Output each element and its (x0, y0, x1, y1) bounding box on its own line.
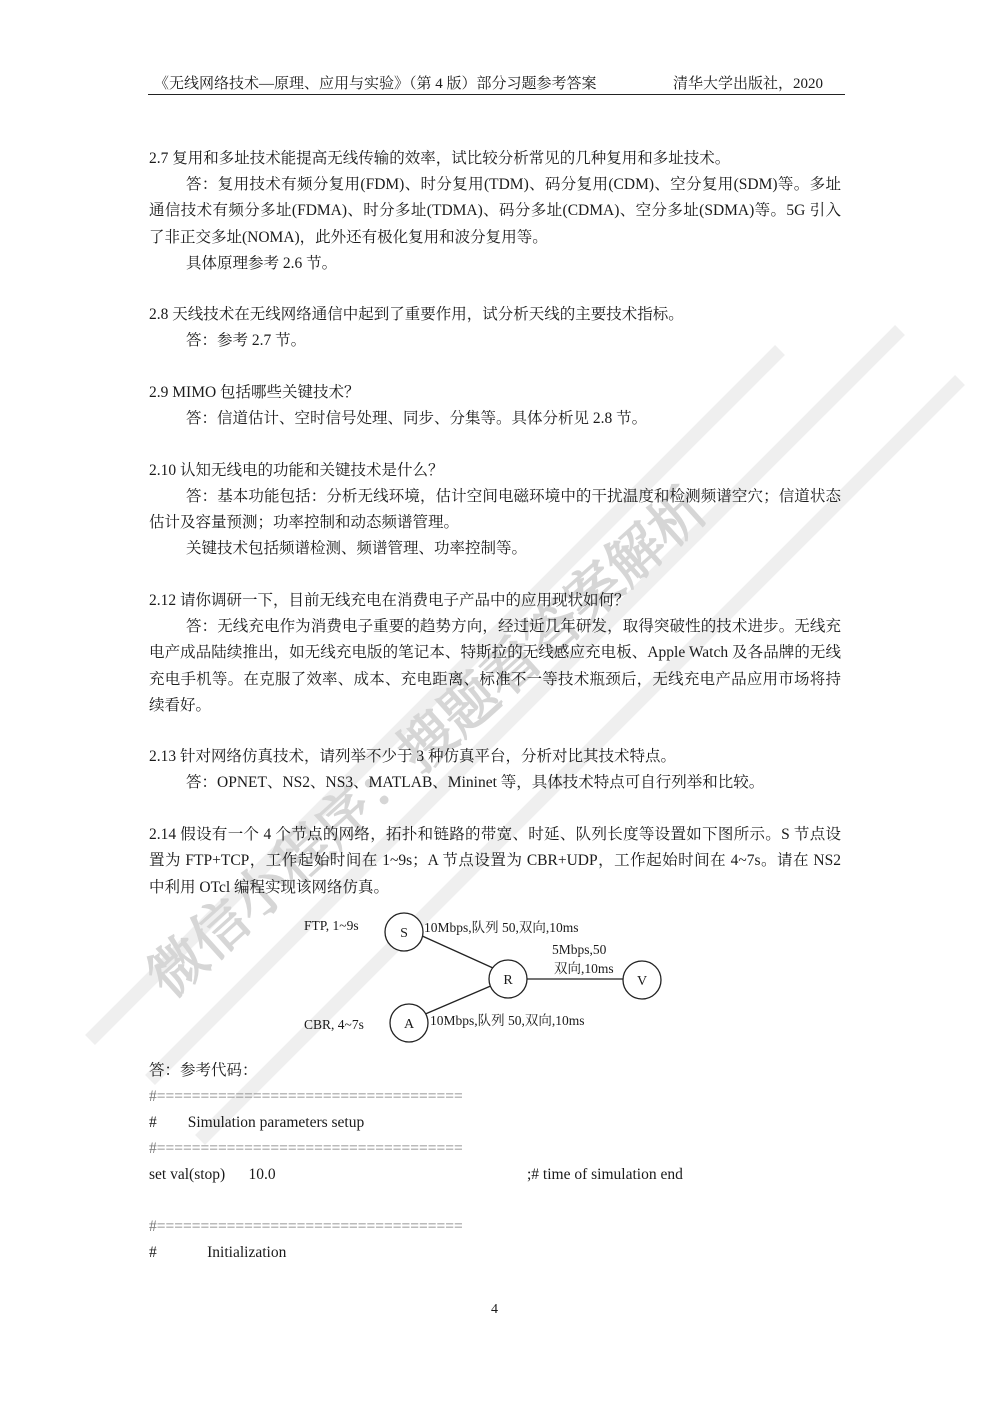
answer-2-7: 答：复用技术有频分复用(FDM)、时分复用(TDM)、码分复用(CDM)、空分复… (149, 172, 841, 251)
answer-2-7-extra: 具体原理参考 2.6 节。 (186, 251, 337, 277)
answer-2-13: 答：OPNET、NS2、NS3、MATLAB、Mininet 等，具体技术特点可… (186, 770, 764, 796)
code-line: #=================================== (149, 1084, 463, 1110)
question-2-10: 2.10 认知无线电的功能和关键技术是什么？ (149, 458, 444, 484)
s-traffic-label: FTP, 1~9s (304, 918, 359, 933)
rv-link-label-2: 双向,10ms (554, 961, 614, 976)
a-link-label: 10Mbps,队列 50,双向,10ms (430, 1013, 585, 1028)
question-2-8: 2.8 天线技术在无线网络通信中起到了重要作用，试分析天线的主要技术指标。 (149, 302, 684, 328)
network-topology-diagram: S R V A FTP, 1~9s CBR, 4~7s 10Mbps,队列 50… (290, 905, 680, 1055)
code-comment: ;# time of simulation end (527, 1162, 683, 1188)
a-traffic-label: CBR, 4~7s (304, 1017, 364, 1032)
rv-link-label-1: 5Mbps,50 (552, 942, 607, 957)
header-title: 《无线网络技术—原理、应用与实验》（第 4 版）部分习题参考答案 (154, 72, 597, 93)
code-line: set val(stop) 10.0 (149, 1162, 276, 1188)
node-r-label: R (503, 973, 513, 988)
question-2-9: 2.9 MIMO 包括哪些关键技术？ (149, 380, 360, 406)
answer-2-9: 答：信道估计、空时信号处理、同步、分集等。具体分析见 2.8 节。 (186, 406, 647, 432)
answer-2-10: 答：基本功能包括：分析无线环境，估计空间电磁环境中的干扰温度和检测频谱空穴；信道… (149, 484, 841, 537)
answer-2-8: 答：参考 2.7 节。 (186, 328, 306, 354)
question-2-13: 2.13 针对网络仿真技术，请列举不少于 3 种仿真平台，分析对比其技术特点。 (149, 744, 676, 770)
answer-2-10-extra: 关键技术包括频谱检测、频谱管理、功率控制等。 (186, 536, 527, 562)
s-link-label: 10Mbps,队列 50,双向,10ms (424, 920, 579, 935)
code-intro: 答：参考代码： (149, 1058, 258, 1084)
code-line: #=================================== (149, 1136, 463, 1162)
page-number: 4 (491, 1302, 498, 1318)
question-2-7: 2.7 复用和多址技术能提高无线传输的效率，试比较分析常见的几种复用和多址技术。 (149, 146, 730, 172)
node-a-label: A (404, 1017, 415, 1032)
answer-2-12: 答：无线充电作为消费电子重要的趋势方向，经过近几年研发，取得突破性的技术进步。无… (149, 614, 841, 719)
node-s-label: S (400, 926, 408, 941)
question-2-14: 2.14 假设有一个 4 个节点的网络，拓扑和链路的带宽、时延、队列长度等设置如… (149, 822, 841, 901)
code-line: # Initialization (149, 1240, 286, 1266)
question-2-12: 2.12 请你调研一下，目前无线充电在消费电子产品中的应用现状如何？ (149, 588, 630, 614)
page-header: 《无线网络技术—原理、应用与实验》（第 4 版）部分习题参考答案 清华大学出版社… (148, 70, 845, 95)
code-line: # Simulation parameters setup (149, 1110, 364, 1136)
code-line: #=================================== (149, 1214, 463, 1240)
node-v-label: V (637, 974, 647, 989)
header-publisher: 清华大学出版社，2020 (673, 72, 823, 93)
